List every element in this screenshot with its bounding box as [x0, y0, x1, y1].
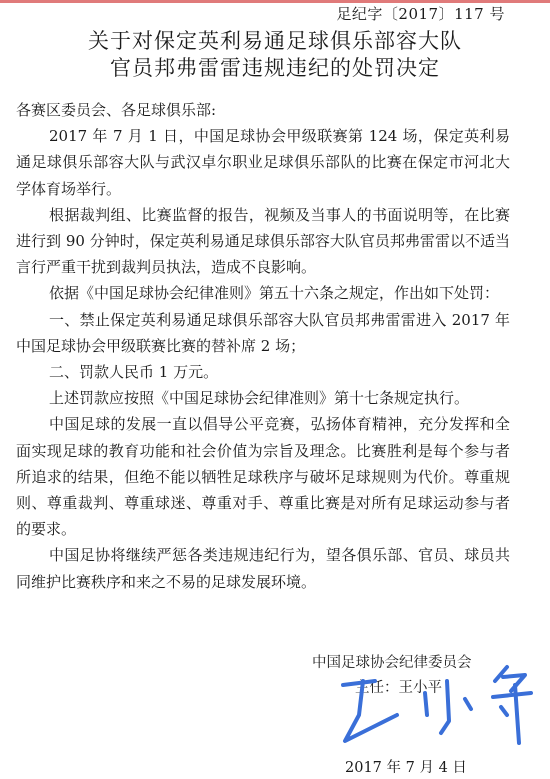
salutation: 各赛区委员会、各足球俱乐部: — [16, 97, 510, 123]
penalty-item-1: 一、禁止保定英利易通足球俱乐部容大队官员邦弗雷雷进入 2017 年中国足球协会甲… — [16, 307, 510, 359]
paragraph-closing: 中国足协将继续严惩各类违规违纪行为，望各俱乐部、官员、球员共同维护比赛秩序和来之… — [16, 542, 510, 594]
issue-date: 2017 年 7 月 4 日 — [345, 756, 467, 777]
document-title-line-1: 关于对保定英利易通足球俱乐部容大队 — [0, 25, 550, 55]
paragraph-match-info: 2017 年 7 月 1 日，中国足球协会甲级联赛第 124 场，保定英利易通足… — [16, 123, 510, 202]
paragraph-basis: 依据《中国足球协会纪律准则》第五十六条之规定，作出如下处罚： — [16, 280, 510, 306]
document-body: 各赛区委员会、各足球俱乐部: 2017 年 7 月 1 日，中国足球协会甲级联赛… — [16, 97, 510, 595]
document-title-line-2: 官员邦弗雷雷违规违纪的处罚决定 — [0, 52, 550, 82]
penalty-item-2: 二、罚款人民币 1 万元。 — [16, 359, 510, 385]
paragraph-fine-execution: 上述罚款应按照《中国足球协会纪律准则》第十七条规定执行。 — [16, 385, 510, 411]
document-number: 足纪字〔2017〕117 号 — [336, 3, 505, 24]
paragraph-incident: 根据裁判组、比赛监督的报告，视频及当事人的书面说明等，在比赛进行到 90 分钟时… — [16, 202, 510, 281]
handwritten-signature — [335, 663, 550, 753]
paragraph-principles: 中国足球的发展一直以倡导公平竞赛，弘扬体育精神，充分发挥和全面实现足球的教育功能… — [16, 411, 510, 542]
